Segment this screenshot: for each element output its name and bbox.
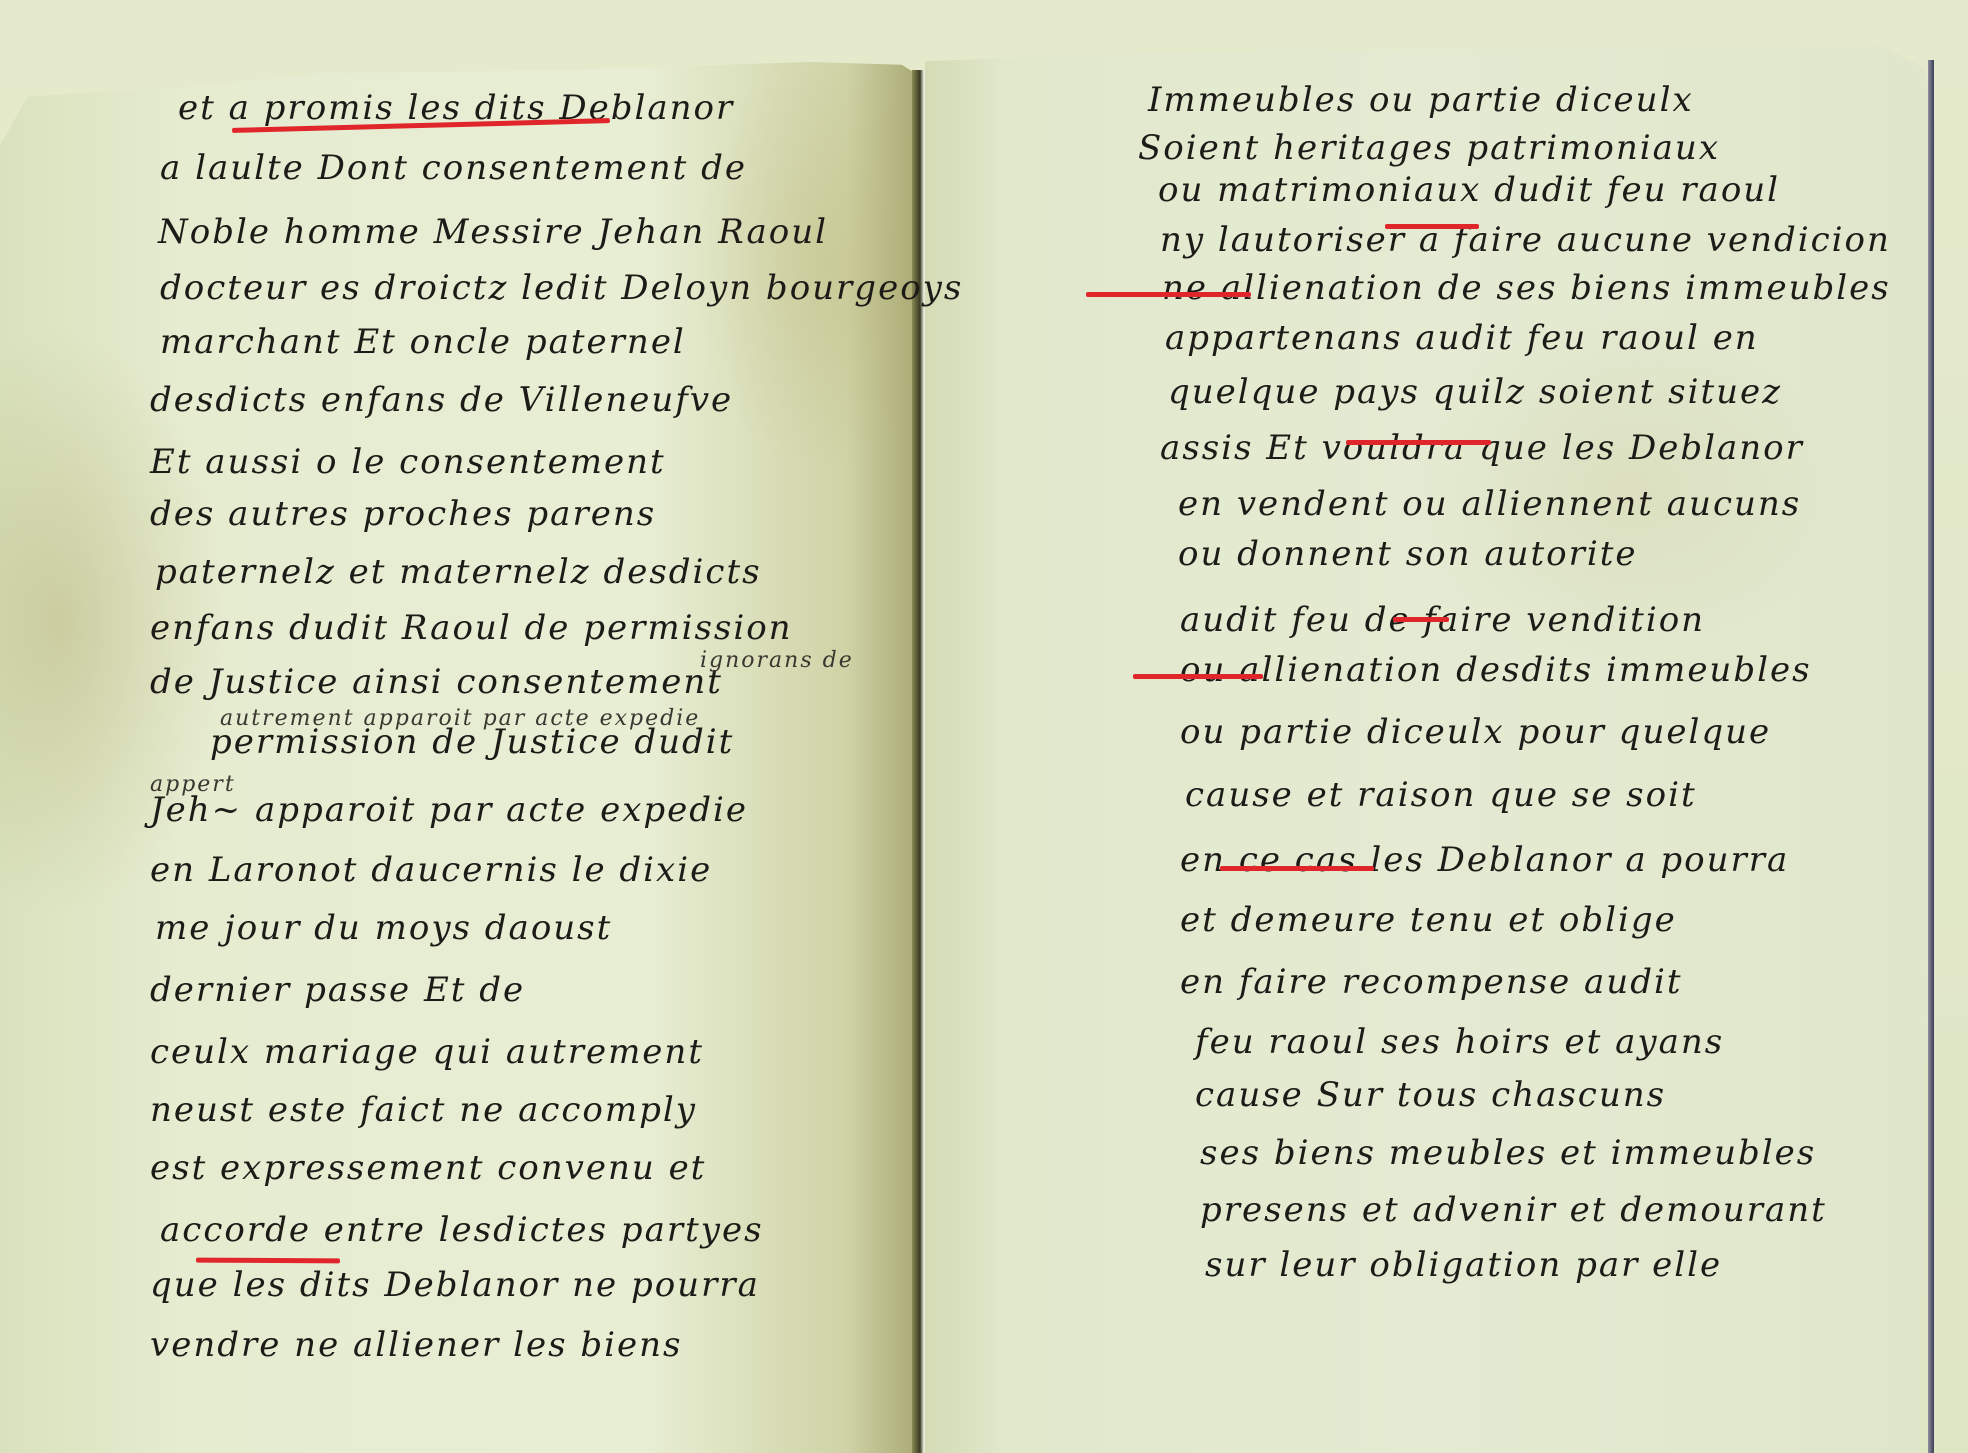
red-underline [1086,292,1251,297]
manuscript-line: cause et raison que se soit [1185,775,1697,815]
manuscript-line: ses biens meubles et immeubles [1200,1133,1816,1173]
manuscript-line: docteur es droictz ledit Deloyn bourgeoy… [160,268,963,308]
manuscript-line: ceulx mariage qui autrement [150,1032,704,1072]
manuscript-line: des autres proches parens [150,494,656,534]
manuscript-line: Jeh~ apparoit par acte expedie [150,790,748,830]
manuscript-line: neust este faict ne accomply [150,1090,697,1130]
manuscript-line: enfans dudit Raoul de permission [150,608,793,648]
manuscript-line: en ce cas les Deblanor a pourra [1180,840,1789,880]
manuscript-line: accorde entre lesdictes partyes [160,1210,764,1250]
red-underline [196,1258,340,1264]
manuscript-line: feu raoul ses hoirs et ayans [1195,1022,1724,1062]
manuscript-line: dernier passe Et de [150,970,525,1010]
manuscript-line: appartenans audit feu raoul en [1165,318,1759,358]
right-page-edge [1928,60,1934,1453]
manuscript-line: a laulte Dont consentement de [160,148,747,188]
manuscript-line: en Laronot daucernis le dixie [150,850,712,890]
manuscript-line: et demeure tenu et oblige [1180,900,1677,940]
red-underline [1385,224,1479,229]
manuscript-line: ne allienation de ses biens immeubles [1162,268,1891,308]
manuscript-line: ou matrimoniaux dudit feu raoul [1158,170,1780,210]
manuscript-line: ny lautoriser a faire aucune vendicion [1160,220,1891,260]
red-underline [1393,617,1449,622]
manuscript-line: en faire recompense audit [1180,962,1683,1002]
manuscript-line: marchant Et oncle paternel [160,322,686,362]
manuscript-line: vendre ne alliener les biens [150,1325,682,1365]
manuscript-line: ou allienation desdits immeubles [1180,650,1812,690]
manuscript-line: ou donnent son autorite [1178,534,1638,574]
manuscript-line: ou partie diceulx pour quelque [1180,712,1771,752]
manuscript-line: de Justice ainsi consentement [150,662,723,702]
manuscript-line: desdicts enfans de Villeneufve [150,380,733,420]
manuscript-line: quelque pays quilz soient situez [1168,372,1782,412]
red-underline [1346,440,1491,445]
manuscript-line: en vendent ou alliennent aucuns [1178,484,1801,524]
manuscript-line: est expressement convenu et [150,1148,706,1188]
manuscript-line: assis Et vouldra que les Deblanor [1160,428,1804,468]
interlinear-note: appert [150,772,236,797]
interlinear-note: ignorans de [700,648,854,673]
manuscript-line: cause Sur tous chascuns [1195,1075,1666,1115]
interlinear-note: autrement apparoit par acte expedie [220,706,700,731]
red-underline [1133,674,1263,679]
manuscript-line: Noble homme Messire Jehan Raoul [158,212,828,252]
manuscript-line: Soient heritages patrimoniaux [1138,128,1720,168]
manuscript-line: Immeubles ou partie diceulx [1148,80,1694,120]
manuscript-line: Et aussi o le consentement [150,442,666,482]
manuscript-line: sur leur obligation par elle [1205,1245,1722,1285]
manuscript-line: presens et advenir et demourant [1200,1190,1827,1230]
red-underline [1220,866,1374,871]
manuscript-line: paternelz et maternelz desdicts [155,552,762,592]
manuscript-line: me jour du moys daoust [155,908,612,948]
manuscript-line: que les dits Deblanor ne pourra [150,1265,760,1305]
